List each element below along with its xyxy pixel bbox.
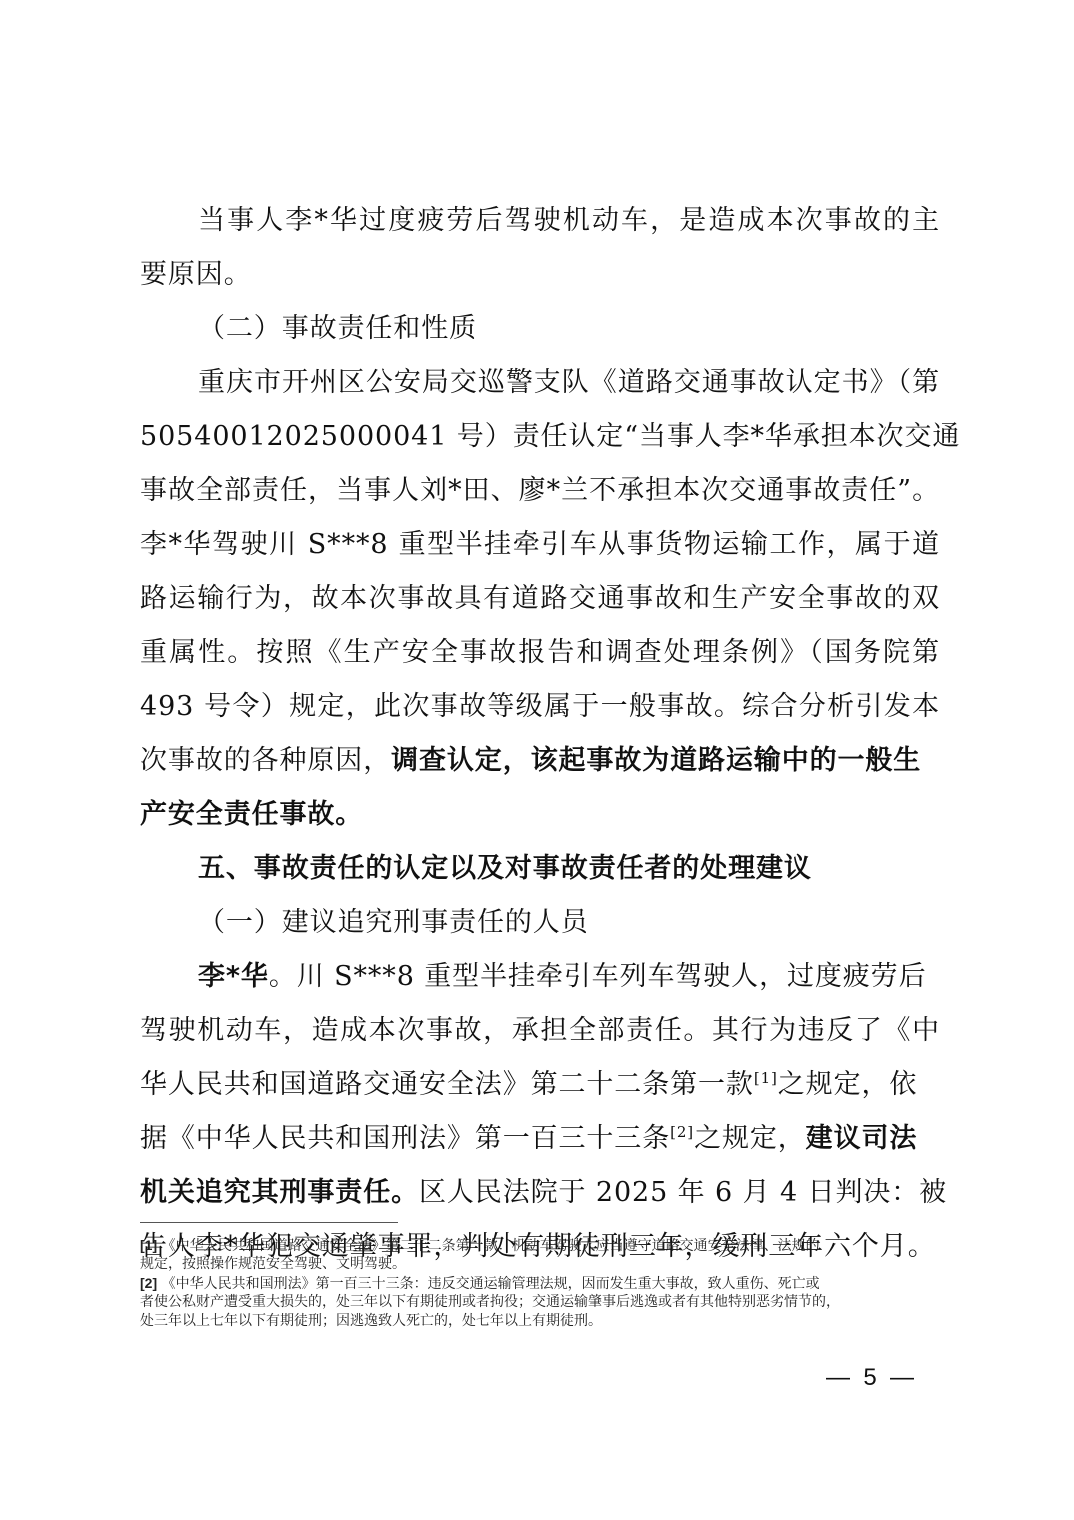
footnote-number: [2] — [140, 1275, 157, 1291]
paragraph-line: 次事故的各种原因，调查认定，该起事故为道路运输中的一般生 — [140, 734, 940, 788]
page-number: — 5 — — [826, 1364, 914, 1392]
footnote-divider — [140, 1222, 398, 1223]
footnote-ref-2[interactable]: [2] — [670, 1123, 694, 1141]
footnote-1: [1] 《中华人民共和国道路交通安全法》第二十二条第一款：机动车驾驶人应当遵守道… — [140, 1236, 940, 1274]
paragraph-line: 493 号令）规定，此次事故等级属于一般事故。综合分析引发本 — [140, 680, 940, 734]
paragraph-text: 据《中华人民共和国刑法》第一百三十三条 — [140, 1123, 670, 1154]
paragraph-line: 机关追究其刑事责任。区人民法院于 2025 年 6 月 4 日判决：被 — [140, 1166, 940, 1220]
footnote-2: [2] 《中华人民共和国刑法》第一百三十三条：违反交通运输管理法规，因而发生重大… — [140, 1274, 940, 1331]
document-page: 当事人李*华过度疲劳后驾驶机动车，是造成本次事故的主 要原因。 （二）事故责任和… — [0, 0, 1074, 1520]
conclusion-bold-text: 产安全责任事故。 — [140, 788, 940, 842]
footnote-text: 处三年以上七年以下有期徒刑；因逃逸致人死亡的，处七年以上有期徒刑。 — [140, 1312, 940, 1331]
paragraph-line: 据《中华人民共和国刑法》第一百三十三条[2]之规定，建议司法 — [140, 1112, 940, 1166]
footnote-number: [1] — [140, 1237, 157, 1253]
paragraph-line: 事故全部责任，当事人刘*田、廖*兰不承担本次交通事故责任”。 — [140, 464, 940, 518]
paragraph-line: 重属性。按照《生产安全事故报告和调查处理条例》（国务院第 — [140, 626, 940, 680]
footnote-text: 规定，按照操作规范安全驾驶、文明驾驶。 — [140, 1255, 940, 1274]
paragraph-text: 区人民法院于 2025 年 6 月 4 日判决：被 — [419, 1177, 947, 1208]
person-name: 李*华 — [198, 961, 269, 992]
paragraph-text: 华人民共和国道路交通安全法》第二十二条第一款 — [140, 1069, 754, 1100]
paragraph-line: 李*华。川 S***8 重型半挂牵引车列车驾驶人，过度疲劳后 — [140, 950, 940, 1004]
subheading-criminal-responsibility: （一）建议追究刑事责任的人员 — [140, 896, 940, 950]
paragraph-line: 50540012025000041 号）责任认定“当事人李*华承担本次交通 — [140, 410, 940, 464]
paragraph-line: 重庆市开州区公安局交巡警支队《道路交通事故认定书》（第 — [140, 356, 940, 410]
paragraph-line: 路运输行为，故本次事故具有道路交通事故和生产安全事故的双 — [140, 572, 940, 626]
subheading-responsibility-nature: （二）事故责任和性质 — [140, 302, 940, 356]
section-heading-five: 五、事故责任的认定以及对事故责任者的处理建议 — [140, 842, 940, 896]
paragraph-text: 之规定， — [694, 1123, 806, 1154]
paragraph-line: 当事人李*华过度疲劳后驾驶机动车，是造成本次事故的主 — [140, 194, 940, 248]
footnotes: [1] 《中华人民共和国道路交通安全法》第二十二条第一款：机动车驾驶人应当遵守道… — [140, 1236, 940, 1331]
paragraph-line: 李*华驾驶川 S***8 重型半挂牵引车从事货物运输工作，属于道 — [140, 518, 940, 572]
recommendation-bold-text: 机关追究其刑事责任。 — [140, 1177, 419, 1208]
recommendation-bold-text: 建议司法 — [806, 1123, 918, 1154]
paragraph-text: 之规定，依 — [778, 1069, 918, 1100]
paragraph-text: 。川 S***8 重型半挂牵引车列车驾驶人，过度疲劳后 — [269, 961, 927, 992]
paragraph-line: 驾驶机动车，造成本次事故，承担全部责任。其行为违反了《中 — [140, 1004, 940, 1058]
paragraph-text: 次事故的各种原因， — [140, 745, 391, 776]
paragraph-line: 要原因。 — [140, 248, 940, 302]
paragraph-line: 华人民共和国道路交通安全法》第二十二条第一款[1]之规定，依 — [140, 1058, 940, 1112]
footnote-ref-1[interactable]: [1] — [754, 1069, 778, 1087]
footnote-text: 《中华人民共和国道路交通安全法》第二十二条第一款：机动车驾驶人应当遵守道路交通安… — [162, 1238, 820, 1254]
footnote-text: 《中华人民共和国刑法》第一百三十三条：违反交通运输管理法规，因而发生重大事故，致… — [162, 1276, 820, 1292]
body-text: 当事人李*华过度疲劳后驾驶机动车，是造成本次事故的主 要原因。 （二）事故责任和… — [140, 194, 940, 1274]
footnote-text: 者使公私财产遭受重大损失的，处三年以下有期徒刑或者拘役；交通运输肇事后逃逸或者有… — [140, 1293, 940, 1312]
conclusion-bold-text: 调查认定，该起事故为道路运输中的一般生 — [391, 745, 921, 776]
